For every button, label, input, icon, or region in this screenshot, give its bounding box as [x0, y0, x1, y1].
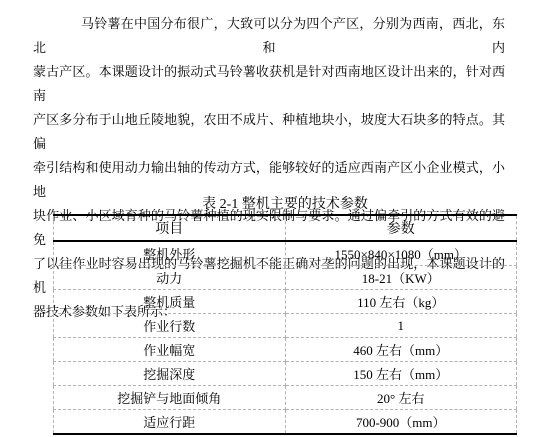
item-cell: 适应行距 [54, 410, 286, 435]
table-row: 挖掘深度150 左右（mm） [54, 362, 517, 386]
table-row: 整机外形1550×840×1080（mm） [54, 241, 517, 266]
header-item: 项目 [54, 215, 286, 241]
value-cell: 700-900（mm） [285, 410, 517, 435]
value-cell: 1550×840×1080（mm） [285, 241, 517, 266]
item-cell: 挖掘铲与地面倾角 [54, 386, 286, 410]
table-row: 适应行距700-900（mm） [54, 410, 517, 435]
document-page: 马铃薯在中国分布很广，大致可以分为四个产区，分别为西南，西北，东北和内蒙古产区。… [0, 0, 544, 437]
item-cell: 作业幅宽 [54, 338, 286, 362]
item-cell: 整机外形 [54, 241, 286, 266]
item-cell: 动力 [54, 266, 286, 290]
item-cell: 挖掘深度 [54, 362, 286, 386]
table-row: 作业幅宽460 左右（mm） [54, 338, 517, 362]
item-cell: 整机质量 [54, 290, 286, 314]
table-row: 作业行数1 [54, 314, 517, 338]
item-cell: 作业行数 [54, 314, 286, 338]
value-cell: 20° 左右 [285, 386, 517, 410]
header-value: 参数 [285, 215, 517, 241]
table-title: 表 2-1 整机主要的技术参数 [53, 196, 517, 214]
value-cell: 18-21（KW） [285, 266, 517, 290]
table-row: 整机质量110 左右（kg） [54, 290, 517, 314]
table-row: 挖掘铲与地面倾角20° 左右 [54, 386, 517, 410]
table-header-row: 项目 参数 [54, 215, 517, 241]
table-row: 动力18-21（KW） [54, 266, 517, 290]
params-table-body: 整机外形1550×840×1080（mm）动力18-21（KW）整机质量110 … [54, 241, 517, 434]
paragraph-line: 蒙古产区。本课题设计的振动式马铃薯收获机是针对西南地区设计出来的，针对西南 [33, 60, 505, 108]
tech-params-table: 项目 参数 整机外形1550×840×1080（mm）动力18-21（KW）整机… [53, 214, 517, 435]
paragraph-line: 马铃薯在中国分布很广，大致可以分为四个产区，分别为西南，西北，东北和内 [33, 12, 505, 60]
value-cell: 110 左右（kg） [285, 290, 517, 314]
value-cell: 1 [285, 314, 517, 338]
value-cell: 460 左右（mm） [285, 338, 517, 362]
value-cell: 150 左右（mm） [285, 362, 517, 386]
paragraph-line: 产区多分布于山地丘陵地貌，农田不成片、种植地块小，坡度大石块多的特点。其偏 [33, 108, 505, 156]
